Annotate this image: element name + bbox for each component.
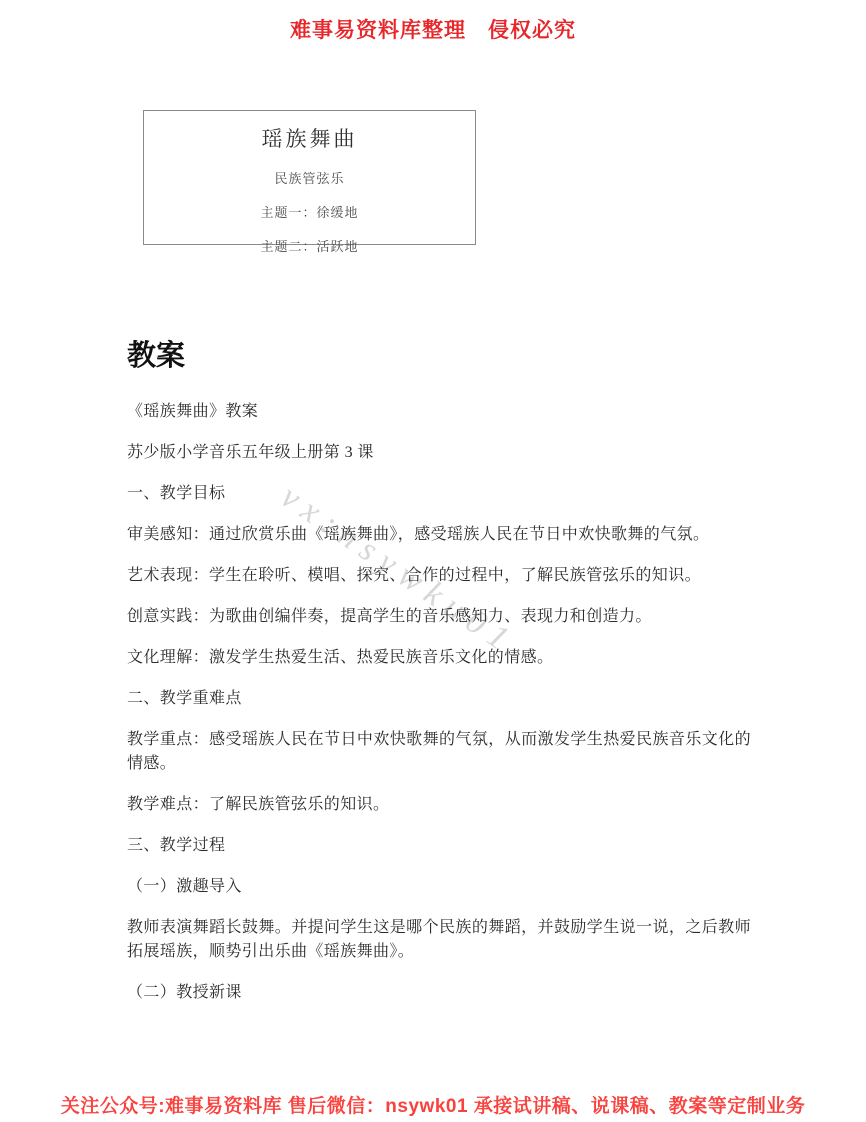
doc-paragraph: 文化理解：激发学生热爱生活、热爱民族音乐文化的情感。 <box>127 646 751 670</box>
doc-paragraph: （二）教授新课 <box>127 981 751 1005</box>
doc-paragraph: 苏少版小学音乐五年级上册第 3 课 <box>127 441 751 465</box>
page-title: 教案 <box>127 336 751 376</box>
doc-paragraph: 一、教学目标 <box>127 482 751 506</box>
doc-paragraph: （一）激趣导入 <box>127 875 751 899</box>
doc-paragraph: 《瑶族舞曲》教案 <box>127 400 751 424</box>
piece-title: 瑶族舞曲 <box>144 123 475 153</box>
doc-paragraph: 二、教学重难点 <box>127 687 751 711</box>
piece-subtitle: 民族管弦乐 <box>144 168 475 187</box>
doc-paragraph: 艺术表现：学生在聆听、模唱、探究、合作的过程中，了解民族管弦乐的知识。 <box>127 564 751 588</box>
footer-contact-notice: 关注公众号:难事易资料库 售后微信：nsywk01 承接试讲稿、说课稿、教案等定… <box>0 1091 866 1118</box>
doc-paragraph: 教学重点：感受瑶族人民在节日中欢快歌舞的气氛，从而激发学生热爱民族音乐文化的情感… <box>127 728 751 776</box>
copyright-header-notice: 难事易资料库整理 侵权必究 <box>0 14 866 44</box>
doc-paragraph: 审美感知：通过欣赏乐曲《瑶族舞曲》，感受瑶族人民在节日中欢快歌舞的气氛。 <box>127 523 751 547</box>
lesson-plan-body: 教案 《瑶族舞曲》教案苏少版小学音乐五年级上册第 3 课一、教学目标审美感知：通… <box>127 336 751 1022</box>
doc-paragraph: 创意实践：为歌曲创编伴奏，提高学生的音乐感知力、表现力和创造力。 <box>127 605 751 629</box>
theme-one-label: 主题一：徐缓地 <box>144 202 475 221</box>
doc-paragraph: 教学难点：了解民族管弦乐的知识。 <box>127 793 751 817</box>
doc-paragraph: 三、教学过程 <box>127 834 751 858</box>
doc-paragraph: 教师表演舞蹈长鼓舞。并提问学生这是哪个民族的舞蹈，并鼓励学生说一说，之后教师拓展… <box>127 916 751 964</box>
paragraph-list: 《瑶族舞曲》教案苏少版小学音乐五年级上册第 3 课一、教学目标审美感知：通过欣赏… <box>127 400 751 1005</box>
theme-two-label: 主题二：活跃地 <box>144 236 475 255</box>
music-title-box: 瑶族舞曲 民族管弦乐 主题一：徐缓地 主题二：活跃地 <box>143 110 476 245</box>
